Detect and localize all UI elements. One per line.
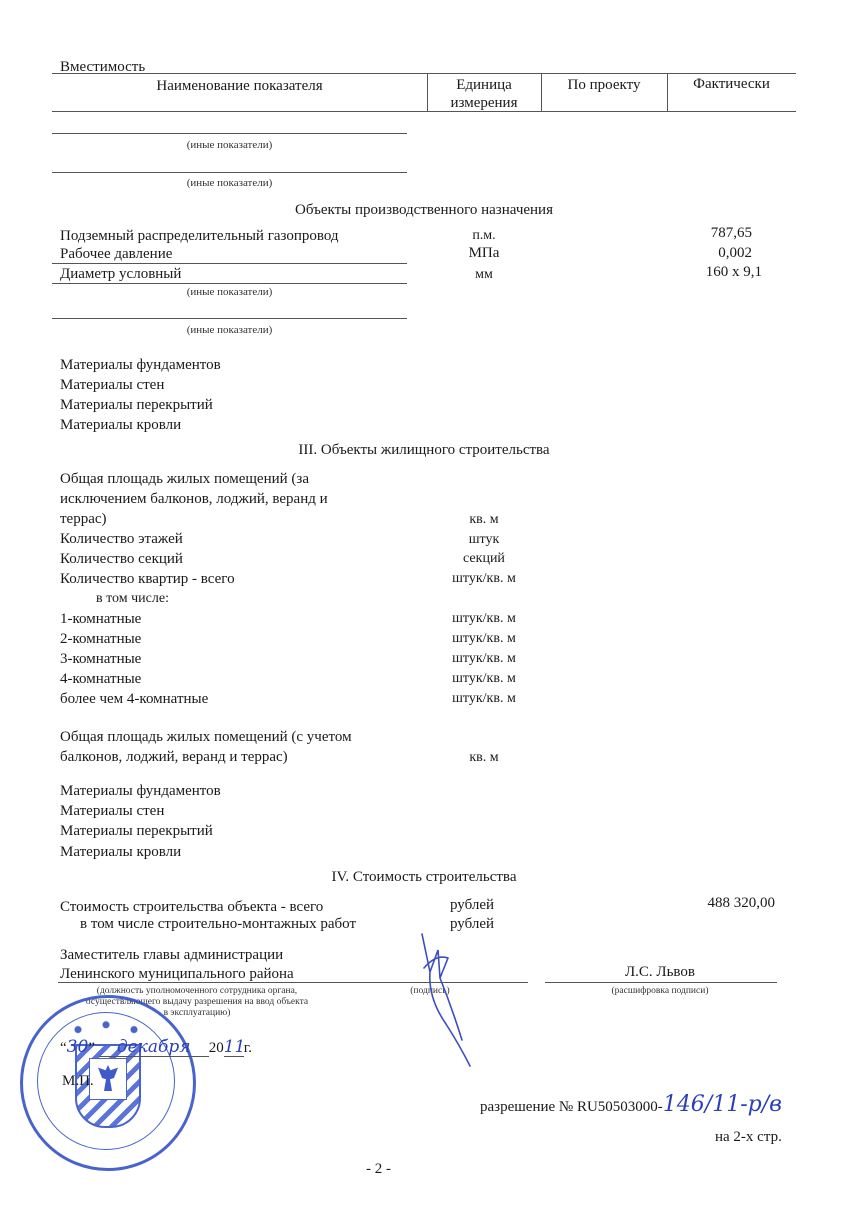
- blank-field-line: [52, 318, 407, 319]
- row-unit: п.м.: [427, 227, 541, 244]
- signatory-name: Л.С. Львов: [545, 963, 775, 981]
- materials-item: Материалы фундаментов: [60, 356, 221, 374]
- row-name: Количество секций: [60, 550, 183, 568]
- stamp-place-label: М.П.: [62, 1072, 94, 1090]
- col-header-project: По проекту: [541, 76, 667, 94]
- row-unit: кв. м: [427, 749, 541, 766]
- row-name: в том числе строительно-монтажных работ: [80, 915, 356, 933]
- row-actual: 787,65: [667, 224, 752, 242]
- row-unit: штук/кв. м: [427, 650, 541, 667]
- apartment-row-name: 1-комнатные: [60, 610, 141, 628]
- position-title-line1: Заместитель главы администрации: [60, 946, 283, 964]
- date-line: “30” декабря2011г.: [60, 1038, 252, 1057]
- table-top-rule: [52, 73, 796, 74]
- row-unit: рублей: [450, 896, 494, 914]
- permit-prefix: разрешение № RU50503000-: [480, 1099, 663, 1115]
- other-indicators-caption: (иные показатели): [52, 286, 407, 299]
- other-indicators-caption: (иные показатели): [52, 177, 407, 190]
- materials-item: Материалы перекрытий: [60, 822, 213, 840]
- pages-count: на 2-х стр.: [715, 1128, 782, 1146]
- name-underline: [545, 982, 777, 983]
- row-unit: штук/кв. м: [427, 610, 541, 627]
- apartment-row-name: 4-комнатные: [60, 670, 141, 688]
- total-area-excl-line1: Общая площадь жилых помещений (за: [60, 470, 309, 488]
- total-area-incl-line1: Общая площадь жилых помещений (с учетом: [60, 728, 352, 746]
- row-unit: МПа: [427, 244, 541, 262]
- row-unit: штук/кв. м: [427, 630, 541, 647]
- date-day: 30: [67, 1037, 89, 1057]
- date-month: декабря: [99, 1038, 209, 1057]
- materials-item: Материалы кровли: [60, 843, 181, 861]
- permit-number: разрешение № RU50503000-146/11-р/в: [480, 1096, 782, 1116]
- col-header-actual: Фактически: [667, 75, 796, 93]
- other-indicators-caption: (иные показатели): [52, 324, 407, 337]
- permit-handwritten-suffix: 146/11-р/в: [663, 1092, 782, 1117]
- total-area-excl-line3: террас): [60, 510, 107, 528]
- materials-item: Материалы стен: [60, 802, 164, 820]
- field-underline: [52, 283, 407, 284]
- col-header-unit-2: измерения: [427, 94, 541, 112]
- row-name: Количество этажей: [60, 530, 183, 548]
- blank-field-line: [52, 172, 407, 173]
- total-area-excl-line2: исключением балконов, лоджий, веранд и: [60, 490, 328, 508]
- cost-section-title: IV. Стоимость строительства: [52, 868, 796, 886]
- row-name: Диаметр условный: [60, 265, 181, 283]
- production-section-title: Объекты производственного назначения: [52, 201, 796, 219]
- other-indicators-caption: (иные показатели): [52, 139, 407, 152]
- page-number: - 2 -: [366, 1160, 391, 1178]
- materials-item: Материалы стен: [60, 376, 164, 394]
- row-unit: штук: [427, 531, 541, 548]
- materials-item: Материалы кровли: [60, 416, 181, 434]
- total-area-incl-line2: балконов, лоджий, веранд и террас): [60, 748, 288, 766]
- blank-field-line: [52, 133, 407, 134]
- date-year-label: г.: [244, 1040, 252, 1056]
- row-name: Подземный распределительный газопровод: [60, 227, 339, 245]
- row-unit: кв. м: [427, 511, 541, 528]
- including-label: в том числе:: [96, 590, 169, 607]
- col-header-unit-1: Единица: [427, 76, 541, 94]
- apartment-row-name: более чем 4-комнатные: [60, 690, 208, 708]
- position-title-line2: Ленинского муниципального района: [60, 965, 294, 983]
- apartment-row-name: 3-комнатные: [60, 650, 141, 668]
- row-unit: штук/кв. м: [427, 690, 541, 707]
- row-unit: секций: [427, 550, 541, 567]
- apartment-row-name: 2-комнатные: [60, 630, 141, 648]
- signature-scribble-icon: [400, 928, 490, 1073]
- row-unit: штук/кв. м: [427, 570, 541, 587]
- date-year-prefix: 20: [209, 1040, 224, 1056]
- name-caption: (расшифровка подписи): [545, 986, 775, 997]
- col-header-name: Наименование показателя: [52, 77, 427, 95]
- materials-item: Материалы перекрытий: [60, 396, 213, 414]
- housing-section-title: III. Объекты жилищного строительства: [52, 441, 796, 459]
- date-year-suffix: 11: [224, 1038, 244, 1057]
- materials-item: Материалы фундаментов: [60, 782, 221, 800]
- row-unit: мм: [427, 266, 541, 283]
- official-seal-icon: [20, 995, 196, 1171]
- row-actual: 0,002: [667, 244, 752, 262]
- eagle-icon: [98, 1065, 118, 1091]
- row-actual: 160 х 9,1: [667, 263, 762, 281]
- date-close-quote: ”: [88, 1040, 95, 1056]
- table-header-rule: [52, 111, 796, 112]
- row-name: Рабочее давление: [60, 245, 172, 263]
- field-underline: [52, 263, 407, 264]
- date-open-quote: “: [60, 1040, 67, 1056]
- row-unit: штук/кв. м: [427, 670, 541, 687]
- row-actual: 488 320,00: [667, 894, 775, 912]
- row-name: Стоимость строительства объекта - всего: [60, 898, 323, 916]
- row-name: Количество квартир - всего: [60, 570, 235, 588]
